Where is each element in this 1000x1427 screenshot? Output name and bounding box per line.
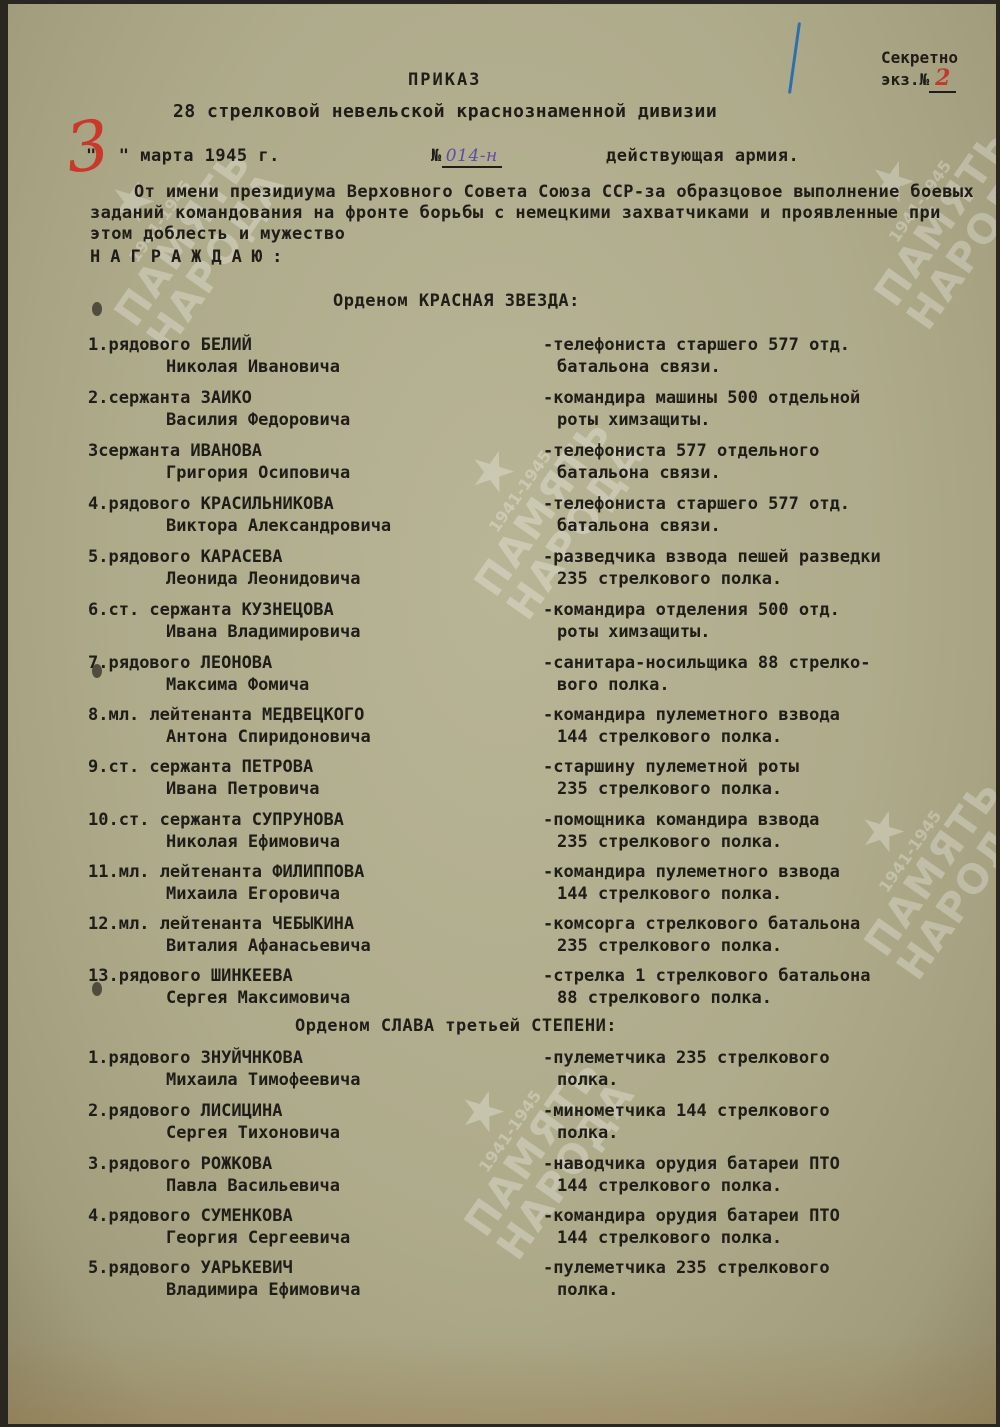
section-title-red-star: Орденом КРАСНАЯ ЗВЕЗДА: [333,291,580,311]
award-entry: 13.рядового ШИНКЕЕВАСергея Максимовича -… [88,965,988,1015]
order-date: "" марта 1945 г. [86,146,280,166]
award-entry: 12.мл. лейтенанта ЧЕБЫКИНАВиталия Афанас… [88,913,988,963]
handwritten-order-number: 014-н [442,146,502,168]
punch-hole-mark [92,302,102,316]
award-declaration: НАГРАЖДАЮ: [90,247,990,268]
section-title-glory: Орденом СЛАВА третьей СТЕПЕНИ: [295,1016,617,1036]
division-name: 28 стрелковой невельской краснознаменной… [173,101,717,122]
copy-label: экз.№ [881,70,929,89]
secrecy-mark: Секретно экз.№2 [881,48,958,90]
award-entry: 8.мл. лейтенанта МЕДВЕЦКОГОАнтона Спирид… [88,704,988,754]
preamble-text: От имени президиума Верховного Совета Со… [90,182,990,245]
document-title: ПРИКАЗ [408,70,481,90]
order-number: №014-н [431,146,502,166]
document-page: ★ 1941-1945 ПАМЯТЬ НАРОДА ★ 1941-1945 ПА… [8,4,996,1424]
award-entry: 3.рядового РОЖКОВАПавла Васильевича -нав… [88,1153,988,1203]
award-entry: 5.рядового КАРАСЕВАЛеонида Леонидовича -… [88,546,988,596]
order-location: действующая армия. [606,146,799,166]
award-entry: 2.рядового ЛИСИЦИНАСергея Тихоновича -ми… [88,1100,988,1150]
award-entry: 9.ст. сержанта ПЕТРОВАИвана Петровича -с… [88,756,988,806]
award-entry: 11.мл. лейтенанта ФИЛИППОВАМихаила Егоро… [88,861,988,911]
award-entry: 5.рядового УАРЬКЕВИЧВладимира Ефимовича … [88,1257,988,1307]
award-entry: 7.рядового ЛЕОНОВАМаксима Фомича -санита… [88,652,988,702]
award-entry: 4.рядового СУМЕНКОВАГеоргия Сергеевича -… [88,1205,988,1255]
award-entry: 3сержанта ИВАНОВАГригория Осиповича -тел… [88,440,988,490]
award-entry: 1.рядового ЗНУЙЧНКОВАМихаила Тимофеевича… [88,1047,988,1097]
award-entry: 6.ст. сержанта КУЗНЕЦОВАИвана Владимиров… [88,599,988,649]
award-entry: 10.ст. сержанта СУПРУНОВАНиколая Ефимови… [88,809,988,859]
preamble: От имени президиума Верховного Совета Со… [90,182,990,268]
blue-pencil-mark [788,22,801,94]
award-entry: 2.сержанта ЗАИКОВасилия Федоровича -кома… [88,387,988,437]
award-entry: 1.рядового БЕЛИЙНиколая Ивановича -телеф… [88,334,988,384]
award-entry: 4.рядового КРАСИЛЬНИКОВАВиктора Александ… [88,493,988,543]
copy-number: 2 [929,65,956,93]
